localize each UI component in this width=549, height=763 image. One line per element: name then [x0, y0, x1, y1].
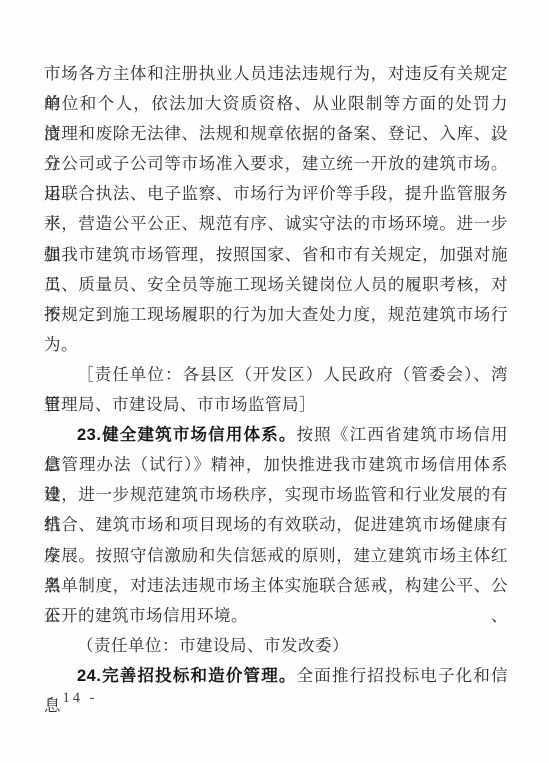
page-number: - 14 -: [48, 689, 97, 707]
document-page: 市场各方主体和注册执业人员违法违规行为，对违反有关规定的 单位和个人，依法加大资…: [0, 0, 549, 763]
section-24-title: 24.完善招投标和造价管理。: [77, 667, 297, 685]
line-text: 管理局、市建设局、市市场监管局］: [44, 395, 316, 414]
body-text-line: 息管理办法（试行）》精神，加快推进我市建筑市场信用体系建: [44, 450, 508, 480]
section-24-heading-line: 24.完善招投标和造价管理。全面推行招投标电子化和信息: [44, 661, 508, 691]
document-text-block: 市场各方主体和注册执业人员违法违规行为，对违反有关规定的 单位和个人，依法加大资…: [44, 59, 508, 691]
section-23-heading-line: 23.健全建筑市场信用体系。按照《江西省建筑市场信用信: [44, 420, 508, 450]
body-text-line: 员、质量员、安全员等施工现场关键岗位人员的履职考核，对不: [44, 270, 508, 300]
body-text-line: 清理和废除无法律、法规和规章依据的备案、登记、入库、设立: [44, 119, 508, 149]
responsible-unit-line: （责任单位：市建设局、市发改委）: [44, 631, 508, 661]
body-text-line: 设，进一步规范建筑市场秩序，实现市场监管和行业发展的有机: [44, 480, 508, 510]
body-text-line: 按规定到施工现场履职的行为加大查处力度，规范建筑市场行: [44, 300, 508, 330]
line-text: 按规定到施工现场履职的行为加大查处力度，规范建筑市场行: [44, 305, 508, 324]
line-text: 为。: [44, 335, 78, 354]
body-text-line: 名单制度，对违法违规市场主体实施联合惩戒，构建公平、公正、: [44, 571, 508, 601]
body-text-line: 市场各方主体和注册执业人员违法违规行为，对违反有关规定的: [44, 59, 508, 89]
body-text-line: 平，营造公平公正、规范有序、诚实守法的市场环境。进一步加: [44, 209, 508, 239]
body-text-line: 强我市建筑市场管理，按照国家、省和市有关规定，加强对施工: [44, 240, 508, 270]
section-23-title: 23.健全建筑市场信用体系。: [77, 426, 297, 444]
body-text-line: 用联合执法、电子监察、市场行为评价等手段，提升监管服务水: [44, 179, 508, 209]
body-text-line: 为。: [44, 330, 508, 360]
line-text: （责任单位：市建设局、市发改委）: [77, 636, 349, 655]
body-text-line: 单位和个人，依法加大资质资格、从业限制等方面的处罚力度。: [44, 89, 508, 119]
body-text-line: 结合、建筑市场和项目现场的有效联动，促进建筑市场健康有序: [44, 510, 508, 540]
responsible-unit-line: ［责任单位：各县区（开发区）人民政府（管委会）、湾里: [44, 360, 508, 390]
responsible-unit-line: 管理局、市建设局、市市场监管局］: [44, 390, 508, 420]
body-text-line: 分公司或子公司等市场准入要求，建立统一开放的建筑市场。运: [44, 149, 508, 179]
body-text-line: 发展。按照守信激励和失信惩戒的原则，建立建筑市场主体红黑: [44, 541, 508, 571]
line-text: 公开的建筑市场信用环境。: [44, 606, 248, 625]
